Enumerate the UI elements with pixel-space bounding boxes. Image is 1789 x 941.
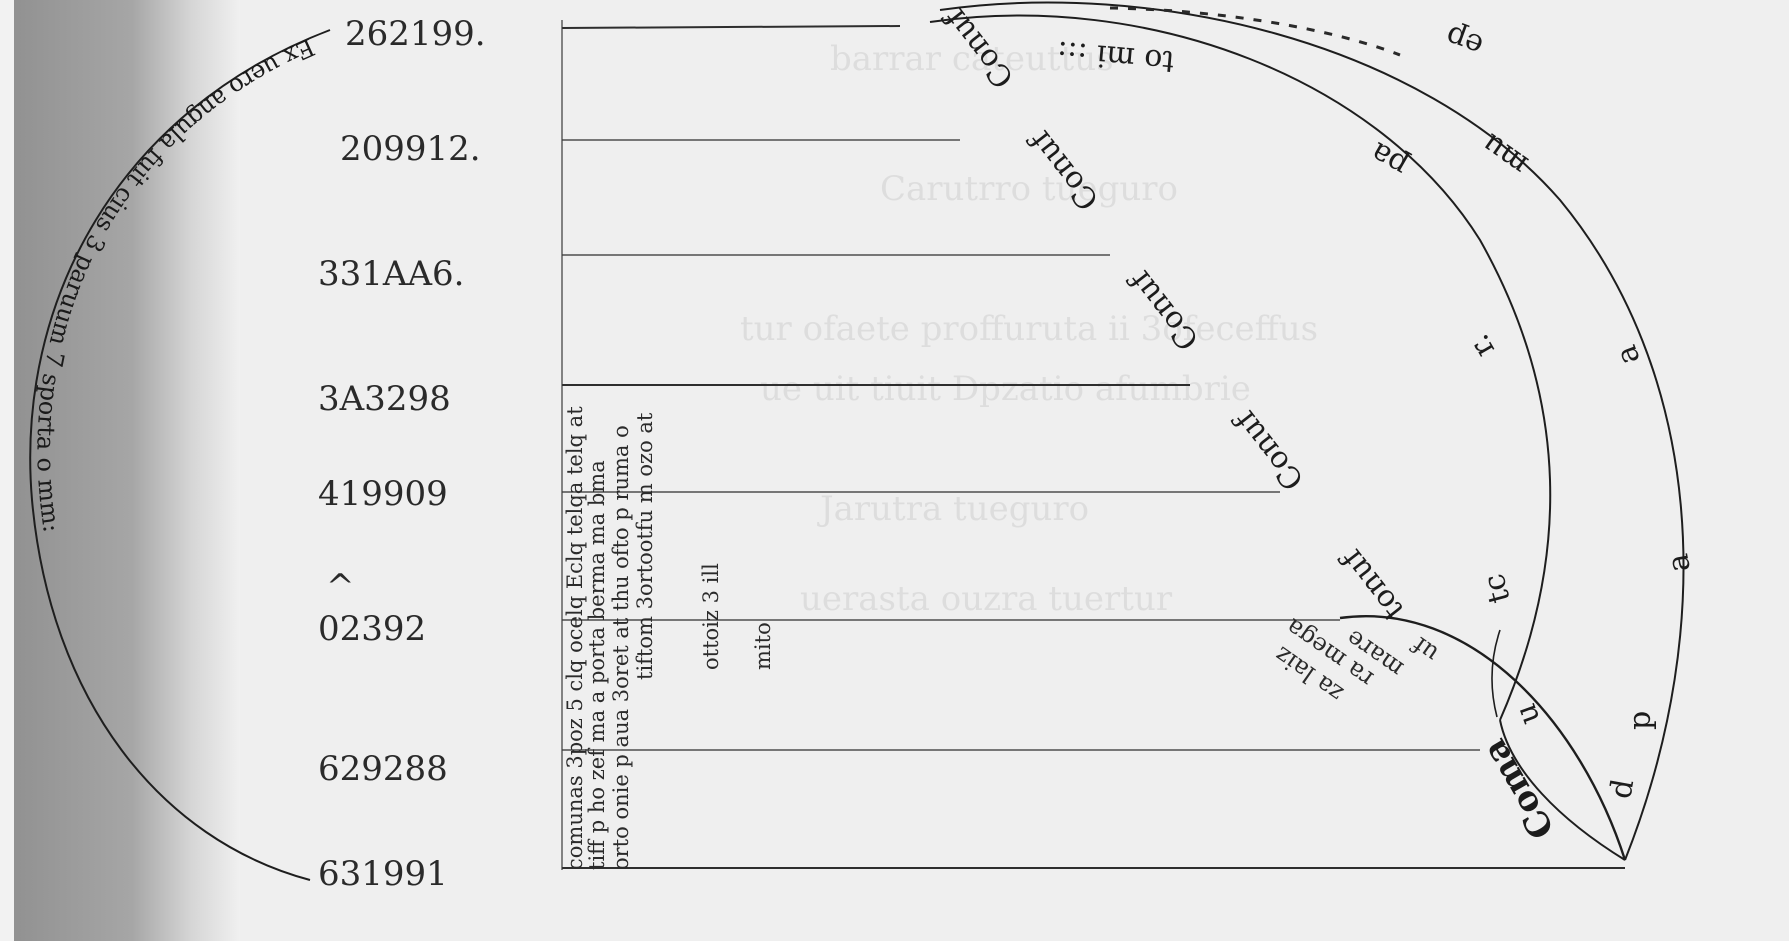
text-column: orto onie p aua 3oret at thu ofto p ruma…	[609, 425, 633, 870]
row-numeral: 419909	[318, 474, 448, 514]
row-numeral: 209912.	[340, 129, 481, 169]
outer-arc-label: p	[1623, 711, 1658, 730]
text-column: comunas 3poz 5 clq ocelq Eclq telqa telq…	[563, 406, 587, 870]
show-through-line: Jarutra tueguro	[817, 489, 1089, 529]
page-edge	[0, 0, 14, 941]
show-through-line: tur ofaete proffuruta ii 3ofeceffus	[740, 309, 1318, 349]
show-through-line: ue uit tiuit Dpzatio afumbrie	[760, 369, 1251, 409]
show-through-line: Carutrro tueguro	[880, 169, 1178, 209]
row-numeral: 02392	[318, 609, 426, 649]
row-numeral: 3A3298	[318, 379, 451, 419]
row-numeral: 631991	[318, 854, 448, 894]
manuscript-diagram: barrar cateuttusCarutrro tuegurotur ofae…	[0, 0, 1789, 941]
row-numeral: 262199.	[345, 14, 486, 54]
row-numeral: 629288	[318, 749, 448, 789]
numeral-caret: ^	[326, 567, 355, 607]
row-numeral: 331AA6.	[318, 254, 464, 294]
show-through-line: uerasta ouzra tuertur	[800, 579, 1173, 619]
manuscript-page: barrar cateuttusCarutrro tuegurotur ofae…	[0, 0, 1789, 941]
text-column: mito	[751, 622, 775, 670]
text-column: tiff p ho zef ma a porta berma ma bma	[585, 460, 609, 870]
text-column: tiftom 3ortootfu m ozo at	[633, 412, 657, 680]
text-column: ottoiz 3 ill	[699, 563, 723, 670]
